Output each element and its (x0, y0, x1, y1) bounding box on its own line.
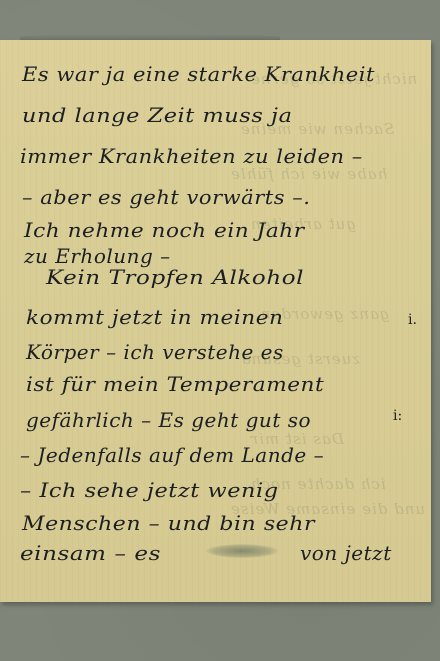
handwritten-line: – aber es geht vorwärts –. (22, 185, 310, 209)
handwritten-line: Ich nehme noch ein Jahr (24, 218, 305, 242)
handwritten-line: immer Krankheiten zu leiden – (20, 144, 363, 168)
handwritten-line: Kein Tropfen Alkohol (46, 265, 304, 289)
handwritten-line: Menschen – und bin sehr (22, 511, 315, 535)
handwritten-line: – Ich sehe jetzt wenig (20, 478, 279, 502)
handwritten-line: von jetzt (300, 541, 392, 565)
margin-mark: i: (393, 408, 402, 424)
handwritten-line: ist für mein Temperament (26, 372, 324, 396)
handwritten-line: – Jedenfalls auf dem Lande – (20, 443, 324, 467)
handwritten-line: einsam – es (20, 541, 161, 565)
handwritten-line: und lange Zeit muss ja (22, 103, 292, 127)
handwritten-line: Es war ja eine starke Krankheit (22, 62, 375, 86)
handwritten-line: gefährlich – Es geht gut so (26, 408, 311, 432)
margin-mark: i. (408, 312, 417, 328)
handwritten-line: kommt jetzt in meinen (26, 305, 283, 329)
handwritten-line: Körper – ich verstehe es (26, 340, 284, 364)
ink-smudge (206, 544, 278, 558)
